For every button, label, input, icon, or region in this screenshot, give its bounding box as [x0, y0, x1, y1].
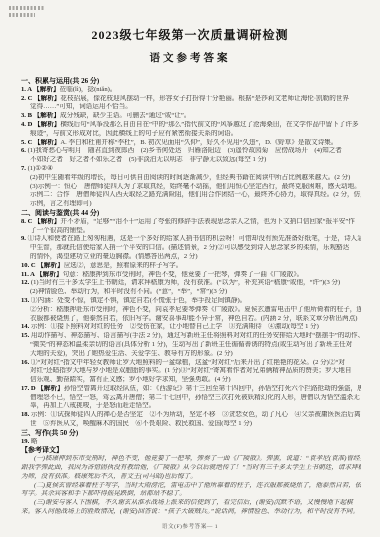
- doc-line: 为师，没有获准。嵇康死后不久，晋文王(司马昭)也后悔了。: [21, 473, 361, 482]
- doc-line: 觉得……”可知，词语运用不恰当。: [21, 103, 361, 112]
- doc-line: 5. C 【解析】A. 李白和杜甫并称“李杜”，B. 初次见面用“久仰”，好久不…: [21, 139, 361, 148]
- doc-line: 示例二：合作 唐僧师徒四人西天取经之路充满险阻，他们用合作团结一心，最终齐心协力…: [21, 191, 361, 200]
- page-footer: 语文(F)参考答案— 1: [0, 522, 380, 530]
- doc-line: (二)夏侯玄曾经靠着柱子写字，当时大雨滂沱，雷电击中了他所靠着的柱子，连衣服都被…: [21, 482, 361, 491]
- doc-line: 来。客人问他战场上的胜败情况，(谢安)回答说：“孩子大破贼兵。”说话间，神情脸色…: [21, 508, 361, 517]
- doc-line: 一、积累与运用(共 26 分): [21, 77, 361, 86]
- doc-line: 9. ①诗人和使者在路上匆匆相遇，这是一个多好的给家人捎书信的机会呀！可惜却没有…: [21, 235, 361, 244]
- doc-line: 了一个很高的铺垫。: [21, 227, 361, 236]
- doc-line: 三、写作(共 50 分): [21, 429, 361, 438]
- doc-line: (2)神情脸色、举动行为，和平时没有不同。(“意”，“举”，“常”)(3 分): [21, 288, 361, 297]
- doc-line: 12. (1)当时有三千多太学生上书朝廷，请求拜嵇康为师，没有获准。(“以为”，…: [21, 279, 361, 288]
- doc-line: ②分析：嵇康押赴东市受刑时，神色不变，向袁孝尼要琴弹奏《广陵散》。夏侯玄遭雷电击…: [21, 306, 361, 315]
- header: 2023级七年级第一次质量调研检测 语文参考答案: [0, 26, 380, 65]
- doc-line: 世 ⑤弃医从文，唤醒麻木的国民 ⑥不畏艰险、救民救国、爱国(每空 1 分): [21, 420, 361, 429]
- doc-line: 僧埋怨不已，悟空一怒，驾云离开唐僧；第二十七回中，孙悟空三次打死被妖精幻化的人形…: [21, 394, 361, 403]
- doc-line: 11. A 【解析】句意：嵇康押到东市受刑时，神色不变，他竟要了一把琴，弹奏了一…: [21, 271, 361, 280]
- doc-line: 痕迹”，与前文形成对比，因此横线上的句子应有紧密衔接关系的词语。: [21, 130, 361, 139]
- doc-line: 中生智，那就托信使给家人捎一个平安的口信。(描述情景，2 分)②可以感受到诗人思…: [21, 244, 361, 253]
- doc-line: 15. 用动作描写、神态描写、语言描写(手法 2 分)，通过写新班主任将照料对对…: [21, 332, 361, 341]
- doc-line: 8. C 【解析】并不矛盾，“足够”“泪不干”运用了夸张的修辞手法表现思念亲人之…: [21, 218, 361, 227]
- doc-line: 7. (1)①②④: [21, 165, 361, 174]
- doc-line: 跟我学弹此曲，我因为吝惜固执没有教给他，《广陵散》从今以后就绝传了！”当时有三千…: [21, 464, 361, 473]
- doc-line: 2. C 【解析】花枝招展，像花枝迎风摆动一样，形容女子打扮得十分艳丽。根据“是…: [21, 95, 361, 104]
- doc-line: 10. C 【解析】应选②，意思是，照着原来的样子写字。: [21, 262, 361, 271]
- doc-line: 14. 示例：①接下照料对对红的任务 ②受伤在家，让小地替自己上学 ③充满期待 …: [21, 323, 361, 332]
- doc-line: 二、阅读与鉴赏(共 44 分): [21, 209, 361, 218]
- doc-line: 衣服都被烧焦了，他泰然自若，依旧写字。谢安喜事却能不异于常，神色自若。(内涵 2…: [21, 315, 361, 324]
- doc-line: 16. ①“对对红”指文中年轻女教师让罗大地照料的一盆绿植，这盆“对对红”后来开…: [21, 359, 361, 368]
- doc-line: (2)初中生随着年级的增长，每日可供自由阅读的时间逐渐减少，但经典书籍在阅读中所…: [21, 174, 361, 183]
- doc-line: (一)嵇康押到东市受刑时，神色不变，他竟要了一把琴，弹奏了一曲《广陵散》。弹罢，…: [21, 455, 361, 464]
- doc-line: 辜，再加上八戒挑唆，于是怒而赶走悟空。: [21, 402, 361, 411]
- doc-line: 17. D 【解析】孙悟空曾离开过取经队伍，如：《西游记》第十三回至第十四回中，…: [21, 385, 361, 394]
- doc-line: 6. (1)我寄愁心与明月 随君直到夜郎西 (2)乡书何处达 归雁洛阳边 (3)…: [21, 147, 361, 156]
- page-title: 2023级七年级第一次质量调研检测: [0, 26, 380, 43]
- doc-line: 1. A 【解析】莅临(lì)，捻(niǎn)。: [21, 86, 361, 95]
- doc-line: 18. 示例：①试探师徒四人的禅心是否坚定 ②不为所动，坚定不移 ③贪恋女色，动…: [21, 411, 361, 420]
- answer-sheet-page: 2023级七年级第一次质量调研检测 语文参考答案 一、积累与运用(共 26 分)…: [0, 0, 380, 537]
- doc-line: (三)谢安与客人下围棋，不久谢玄从淮水战场上派来的信使到了，看完信后，(谢安)沉…: [21, 499, 361, 508]
- doc-line: 示例，言之有理即可): [21, 200, 361, 209]
- doc-line: 19. 略: [21, 438, 361, 447]
- doc-line: 3. B 【解析】成分残缺，缺少主语。可删去“通过”或“让”。: [21, 112, 361, 121]
- doc-line: 不如好之者 好之者不如乐之者 (5)非淡泊无以明志 非宁静无以致远(每空 1 分…: [21, 156, 361, 165]
- document-body: 一、积累与运用(共 26 分)1. A 【解析】莅临(lì)，捻(niǎn)。2…: [21, 77, 361, 517]
- doc-line: 对红”还暗指罗大地与罗小地是双胞胎的事实。(1 分)③“对对红”寄寓着作者对兄弟…: [21, 367, 361, 376]
- doc-line: “微笑”的神态和温柔亲切的语言(具体分析 1 分)，生动写出了新班主任循循善诱的…: [21, 341, 361, 350]
- doc-line: 【参考译文】: [21, 446, 361, 455]
- corner-print-code-mark: [9, 6, 45, 19]
- doc-line: 4. D 【解析】横线后句“风筝没那么自由自在”中的“那么”指代前文的“风筝越过…: [21, 121, 361, 130]
- doc-line: 大地的关爱)，突出了她热爱生活、关爱学生、教导有方的形象。(2 分): [21, 350, 361, 359]
- page-subtitle: 语文参考答案: [0, 50, 380, 65]
- doc-line: 写字。其余宾客和手下都吓得摇晃跌倒，站都站不稳了。: [21, 490, 361, 499]
- doc-line: 信乐观、勤奋踏实，富有正义感；罗小地好学求知，坚强勇敢。(4 分): [21, 376, 361, 385]
- doc-line: (3)示例一：恒心 唐僧师徒四人为了求取真经，始终毫不动摇，他们用恒心坚定西行，…: [21, 183, 361, 192]
- doc-line: 的情怀，渴望建功立业的豪迈胸襟。(情感答出两点，2 分): [21, 253, 361, 262]
- doc-line: 13. ①内涵：处变不惊，镇定不惧，镇定自若(不慌张于色，举手投足间镇静)。: [21, 297, 361, 306]
